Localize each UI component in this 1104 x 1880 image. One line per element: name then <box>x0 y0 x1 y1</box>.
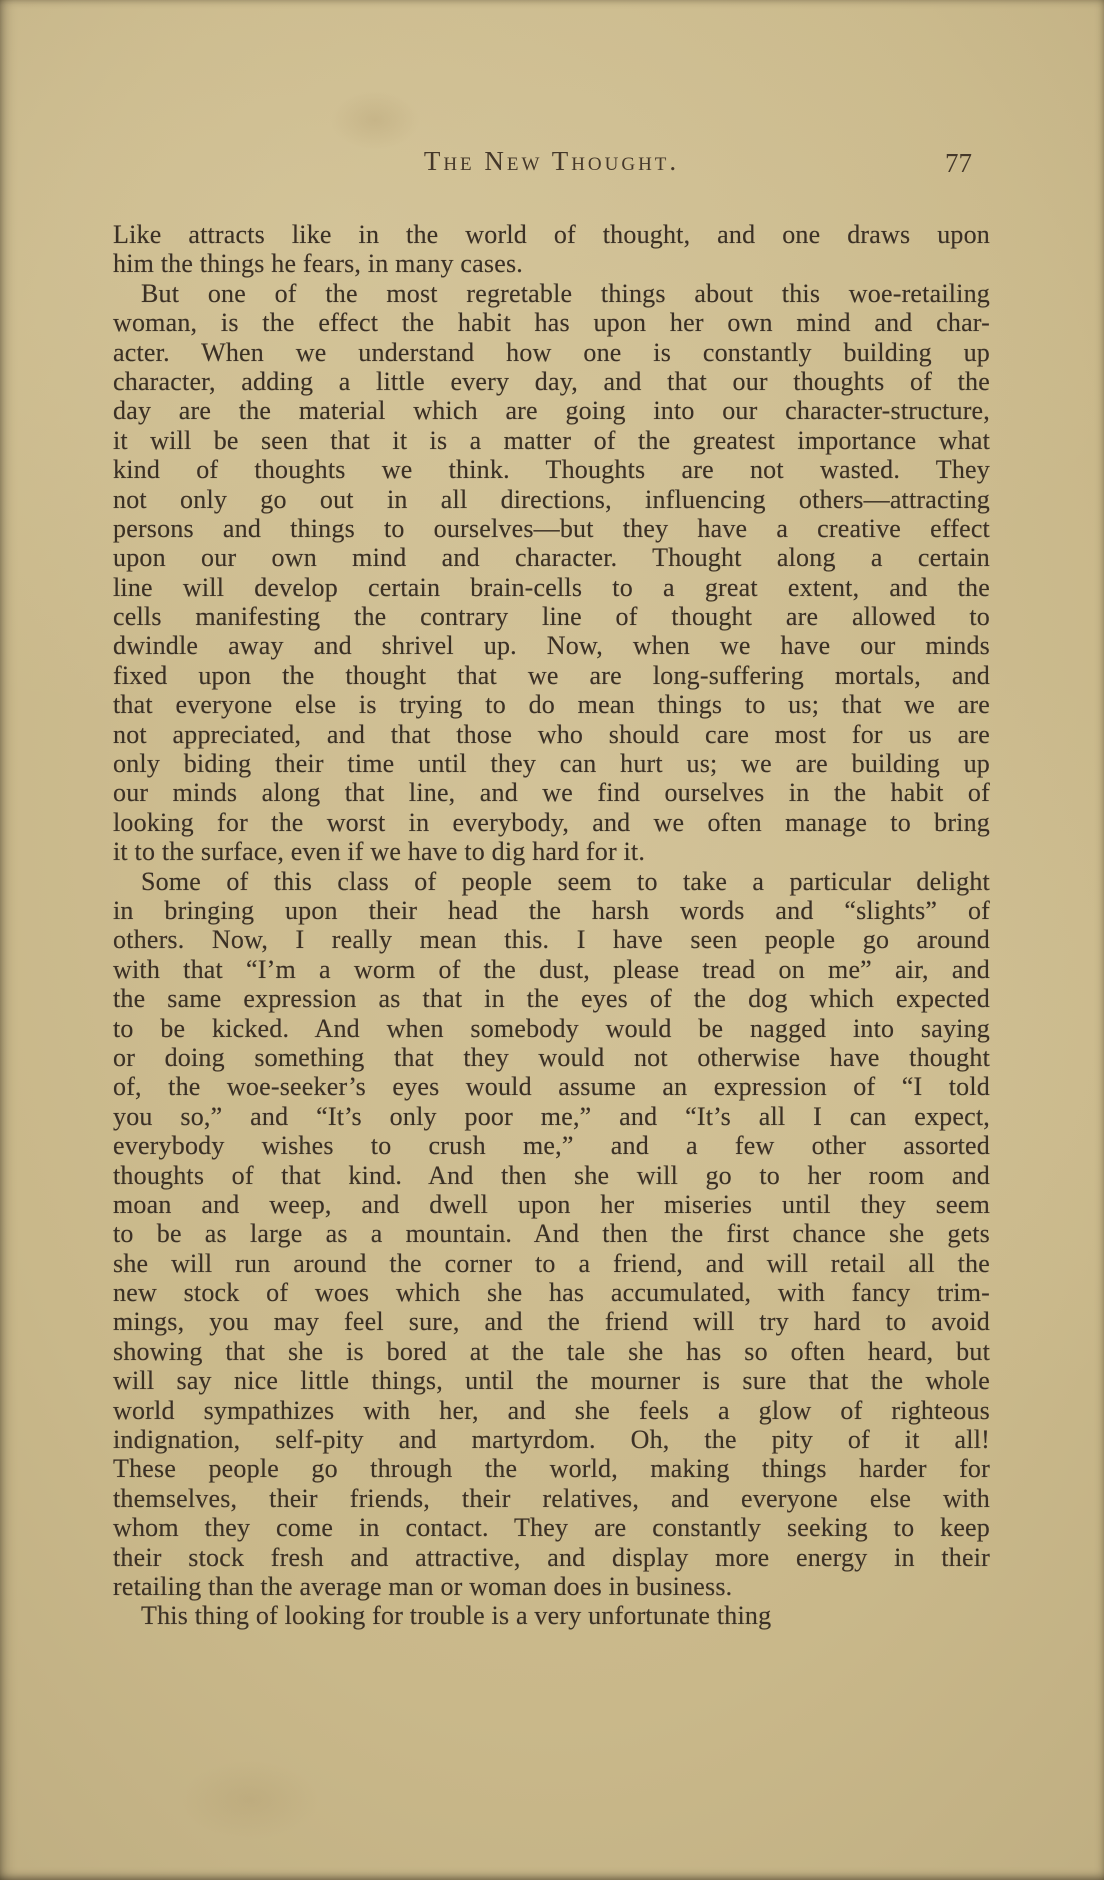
body-line: you so,” and “It’s only poor me,” and “I… <box>113 1102 990 1131</box>
paragraph: But one of the most regretable things ab… <box>113 279 990 867</box>
body-line: new stock of woes which she has accumula… <box>113 1278 990 1307</box>
body-line: not only go out in all directions, influ… <box>113 485 990 514</box>
body-line: mings, you may feel sure, and the friend… <box>113 1307 990 1336</box>
body-line: world sympathizes with her, and she feel… <box>113 1396 990 1425</box>
body-line: the same expression as that in the eyes … <box>113 984 990 1013</box>
body-line: These people go through the world, makin… <box>113 1454 990 1483</box>
body-line: Like attracts like in the world of thoug… <box>113 220 990 249</box>
body-line: with that “I’m a worm of the dust, pleas… <box>113 955 990 984</box>
paragraph: Like attracts like in the world of thoug… <box>113 220 990 279</box>
body-line: fixed upon the thought that we are long-… <box>113 661 990 690</box>
body-line: upon our own mind and character. Thought… <box>113 543 990 572</box>
body-line: or doing something that they would not o… <box>113 1043 990 1072</box>
body-line: will say nice little things, until the m… <box>113 1366 990 1395</box>
body-line: looking for the worst in everybody, and … <box>113 808 990 837</box>
page-number: 77 <box>945 148 972 179</box>
paragraph: Some of this class of people seem to tak… <box>113 867 990 1602</box>
body-line: that everyone else is trying to do mean … <box>113 690 990 719</box>
body-line: it will be seen that it is a matter of t… <box>113 426 990 455</box>
body-line: But one of the most regretable things ab… <box>113 279 990 308</box>
body-text: Like attracts like in the world of thoug… <box>113 220 990 1631</box>
body-line: retailing than the average man or woman … <box>113 1572 990 1601</box>
body-line: in bringing upon their head the harsh wo… <box>113 896 990 925</box>
body-line: kind of thoughts we think. Thoughts are … <box>113 455 990 484</box>
body-line: themselves, their friends, their relativ… <box>113 1484 990 1513</box>
body-line: character, adding a little every day, an… <box>113 367 990 396</box>
running-header-title: The New Thought. <box>113 146 990 177</box>
body-line: Some of this class of people seem to tak… <box>113 867 990 896</box>
running-header: The New Thought. 77 <box>113 146 990 182</box>
body-line: to be as large as a mountain. And then t… <box>113 1219 990 1248</box>
body-line: showing that she is bored at the tale sh… <box>113 1337 990 1366</box>
body-line: she will run around the corner to a frie… <box>113 1249 990 1278</box>
body-line: not appreciated, and that those who shou… <box>113 720 990 749</box>
body-line: persons and things to ourselves—but they… <box>113 514 990 543</box>
paper-stain <box>180 1760 320 1840</box>
body-line: it to the surface, even if we have to di… <box>113 837 990 866</box>
body-line: to be kicked. And when somebody would be… <box>113 1014 990 1043</box>
body-line: cells manifesting the contrary line of t… <box>113 602 990 631</box>
body-line: line will develop certain brain-cells to… <box>113 573 990 602</box>
body-line: acter. When we understand how one is con… <box>113 338 990 367</box>
body-line: This thing of looking for trouble is a v… <box>113 1601 990 1630</box>
paragraph: This thing of looking for trouble is a v… <box>113 1601 990 1630</box>
body-line: him the things he fears, in many cases. <box>113 249 990 278</box>
body-line: of, the woe-seeker’s eyes would assume a… <box>113 1072 990 1101</box>
body-line: dwindle away and shrivel up. Now, when w… <box>113 631 990 660</box>
body-line: woman, is the effect the habit has upon … <box>113 308 990 337</box>
body-line: indignation, self-pity and martyrdom. Oh… <box>113 1425 990 1454</box>
body-line: moan and weep, and dwell upon her miseri… <box>113 1190 990 1219</box>
paper-stain <box>330 90 420 150</box>
body-line: thoughts of that kind. And then she will… <box>113 1161 990 1190</box>
body-line: everybody wishes to crush me,” and a few… <box>113 1131 990 1160</box>
body-line: others. Now, I really mean this. I have … <box>113 925 990 954</box>
body-line: their stock fresh and attractive, and di… <box>113 1543 990 1572</box>
body-line: day are the material which are going int… <box>113 396 990 425</box>
body-line: our minds along that line, and we find o… <box>113 778 990 807</box>
book-page: The New Thought. 77 Like attracts like i… <box>0 0 1104 1880</box>
body-line: only biding their time until they can hu… <box>113 749 990 778</box>
body-line: whom they come in contact. They are cons… <box>113 1513 990 1542</box>
